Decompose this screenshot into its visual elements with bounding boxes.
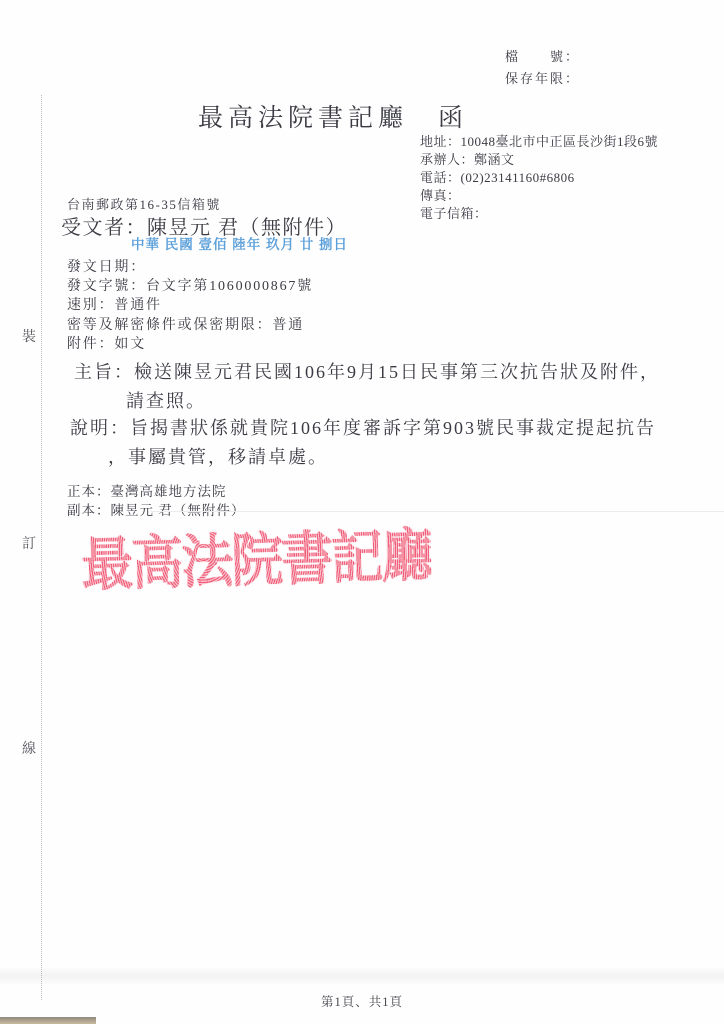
- document-meta-block: 發文日期： 發文字號：台文字第1060000867號 速別：普通件 密等及解密條…: [67, 258, 313, 354]
- binding-mark-xian: 線: [22, 738, 36, 758]
- archive-labels: 檔 號： 保存年限：: [505, 46, 580, 90]
- subject-line-1: 主旨：檢送陳昱元君民國106年9月15日民事第三次抗告狀及附件，: [74, 358, 660, 387]
- scan-edge-strip: [0, 1017, 96, 1024]
- binding-dotted-line: [41, 95, 42, 1000]
- sender-fax: 傳真：: [420, 187, 658, 205]
- document-title: 最高法院書記廳 函: [198, 98, 468, 134]
- scan-artifact-band: [0, 968, 724, 984]
- red-office-stamp: 最高法院書記廳: [80, 508, 432, 602]
- description-line-2: ，事屬貴管，移請卓處。: [70, 443, 656, 472]
- retention-period-label: 保存年限：: [505, 68, 580, 90]
- issue-date-line: 發文日期：: [67, 258, 313, 277]
- scan-artifact-line: [150, 511, 724, 512]
- sender-handler: 承辦人：鄭涵文: [420, 151, 658, 169]
- security-line: 密等及解密條件或保密期限：普通: [67, 316, 313, 335]
- blue-date-stamp: 中華 民國 壹佰 陸年 玖月 廿 捌日: [131, 233, 348, 253]
- sender-email: 電子信箱：: [420, 205, 658, 223]
- subject-line-2: 請查照。: [74, 387, 660, 416]
- sender-address: 地址：10048臺北市中正區長沙街1段6號: [420, 133, 658, 151]
- speed-line: 速別：普通件: [67, 296, 313, 315]
- attachment-line: 附件：如文: [67, 335, 313, 354]
- doc-number-line: 發文字號：台文字第1060000867號: [67, 277, 313, 296]
- scanned-court-letter: 裝 訂 線 檔 號： 保存年限： 最高法院書記廳 函 地址：10048臺北市中正…: [0, 0, 724, 1024]
- binding-mark-ding: 訂: [22, 533, 36, 553]
- file-number-label: 檔 號：: [505, 46, 580, 68]
- subject-block: 主旨：檢送陳昱元君民國106年9月15日民事第三次抗告狀及附件， 請查照。: [74, 358, 660, 416]
- original-copy-line: 正本：臺灣高雄地方法院: [67, 482, 245, 501]
- binding-mark-zhuang: 裝: [22, 326, 36, 346]
- page-number: 第1頁、共1頁: [0, 992, 724, 1010]
- description-line-1: 說明：旨揭書狀係就貴院106年度審訴字第903號民事裁定提起抗告: [70, 414, 656, 443]
- description-block: 說明：旨揭書狀係就貴院106年度審訴字第903號民事裁定提起抗告 ，事屬貴管，移…: [70, 414, 656, 472]
- sender-contact-block: 地址：10048臺北市中正區長沙街1段6號 承辦人：鄭涵文 電話：(02)231…: [420, 133, 658, 223]
- sender-phone: 電話：(02)23141160#6806: [420, 169, 658, 187]
